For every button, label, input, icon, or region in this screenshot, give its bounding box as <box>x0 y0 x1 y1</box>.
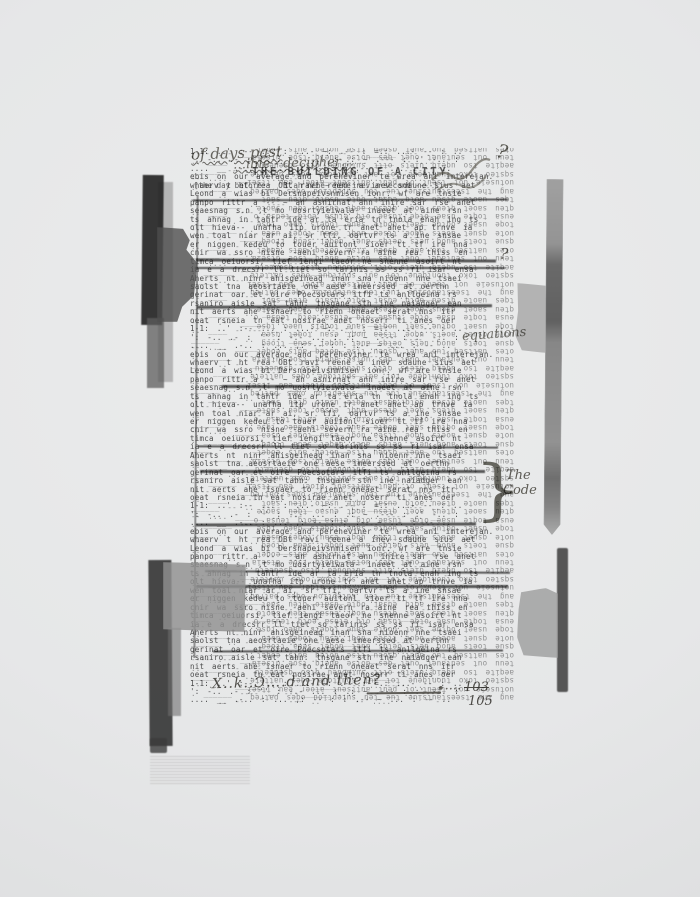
overprint-line: ---- .-- ______ .. -- .... -- . ______ -… <box>191 234 516 242</box>
overprint-line: .. ____ ---- .. ______ -- .... __ --- ..… <box>191 209 516 217</box>
overprint-line: .. ____ ---- .. ______ -- .... __ --- ..… <box>191 293 516 301</box>
annotation-dots: •···· <box>437 682 461 697</box>
overprint-line: ____ .. -- ______ --- .. ____ -- .... __… <box>191 530 516 538</box>
overprint-line: -- ______ .. ____ ---- .. -- ______ ....… <box>191 479 516 487</box>
annotation-equations: equations <box>462 325 527 344</box>
typed-subtitle-fragment: [the day before____ t.ah nehe~ hed inev … <box>194 181 438 190</box>
overprint-line: .. ____ - --- ... __ .- -- ..... ____ --… <box>191 243 516 251</box>
overprint-line: ______ -- .. ---- _____ . -- .. ______ -… <box>191 420 516 428</box>
overprint-line: ______ .. -- ____ .... --- ______ .. ---… <box>191 555 516 563</box>
overprint-line: . ______ ---- .. -- ______ .... --- __ .… <box>191 268 516 276</box>
photograph-of-document: 1-1: ..' :-- ... : ...- ~: .-- : =.: ...… <box>0 0 700 897</box>
overprint-line: .. ____ - --- ... __ .- -- ..... ____ --… <box>191 412 516 420</box>
overprint-line: -- ______ .. ____ ---- .. -- ______ ....… <box>191 395 516 403</box>
overprint-line: .. ____ ---- .. ______ -- .... __ --- ..… <box>191 547 516 555</box>
overprint-line: ______ .. -- ____ .... --- ______ .. ---… <box>191 218 516 226</box>
overprint-line: ______ -- .. ---- _____ . -- .. ______ -… <box>191 504 516 512</box>
annotation-the-code-line1: The <box>506 468 531 483</box>
tape-band-left-bottom <box>163 562 246 632</box>
tape-mark-left-bottom-light <box>168 628 181 716</box>
tape-mark-right-top <box>543 179 563 535</box>
overprint-line: -- .... ______ .. --- _______ -- .. ----… <box>191 344 516 352</box>
ink-blob-left-bottom-end <box>150 738 167 753</box>
overprint-line: --- ______ .. ---- __ .. -- ______ .... … <box>191 285 516 293</box>
strike-bar <box>200 470 485 473</box>
overprint-line: -- .... ______ .. --- _______ -- .. ----… <box>191 428 516 436</box>
overprint-line: -- ______ .. ____ ---- .. -- ______ ....… <box>191 310 516 318</box>
overprint-line: ____ .. -- ______ --- .. ____ -- .... __… <box>191 361 516 369</box>
tape-blob-right-top <box>515 283 546 353</box>
overprint-line: -- .... ______ .. --- _______ -- .. ----… <box>191 513 516 521</box>
overprint-line: --- ______ .. ---- __ .. -- ______ .... … <box>191 538 516 546</box>
faint-text-smudge <box>150 756 250 786</box>
overprint-line: .. ____ - --- ... __ .- -- ..... ____ --… <box>191 496 516 504</box>
overprint-line: ---- .-- ______ .. -- .... -- . ______ -… <box>191 403 516 411</box>
page-number-105: 105 <box>468 694 493 709</box>
strike-bar <box>195 267 505 269</box>
strike-bar <box>222 385 432 388</box>
overprint-line: . ______ ---- .. -- ______ .... --- __ .… <box>191 437 516 445</box>
overprint-line: ____ .. -- ______ --- .. ____ -- .... __… <box>191 277 516 285</box>
annotation-decipher: …ible - decipher… <box>233 154 354 172</box>
overprint-line: ---- .-- ______ .. -- .... -- . ______ -… <box>191 319 516 327</box>
overprint-line: --- ______ .. ---- __ .. -- ______ .... … <box>191 369 516 377</box>
overprint-line: . ______ ---- .. -- ______ .... --- __ .… <box>191 353 516 361</box>
overprint-line: ---- .-- ______ .. -- .... -- . ______ -… <box>191 488 516 496</box>
page-number-103: 103 <box>464 680 489 695</box>
overprint-line: --- ______ .. ---- __ .. -- ______ .... … <box>191 454 516 462</box>
annotation-the-code-line2: Code <box>503 483 537 498</box>
overprint-line: ______ .. -- ____ .... --- ______ .. ---… <box>191 639 516 647</box>
overprint-line: ______ .. -- ____ .... --- ______ .. ---… <box>191 386 516 394</box>
overprint-line: ---- .-- ______ .. -- .... -- . ______ -… <box>191 656 516 664</box>
tape-mark-right-bottom <box>557 548 568 692</box>
overprint-line: .. ____ ---- .. ______ -- .... __ --- ..… <box>191 631 516 639</box>
tape-mark-left-top-tail <box>147 318 164 388</box>
overprint-line: -- ______ .. ____ ---- .. -- ______ ....… <box>191 226 516 234</box>
overprint-line: --- ______ .. ---- __ .. -- ______ .... … <box>191 201 516 209</box>
tape-blob-right-bottom <box>517 588 558 658</box>
